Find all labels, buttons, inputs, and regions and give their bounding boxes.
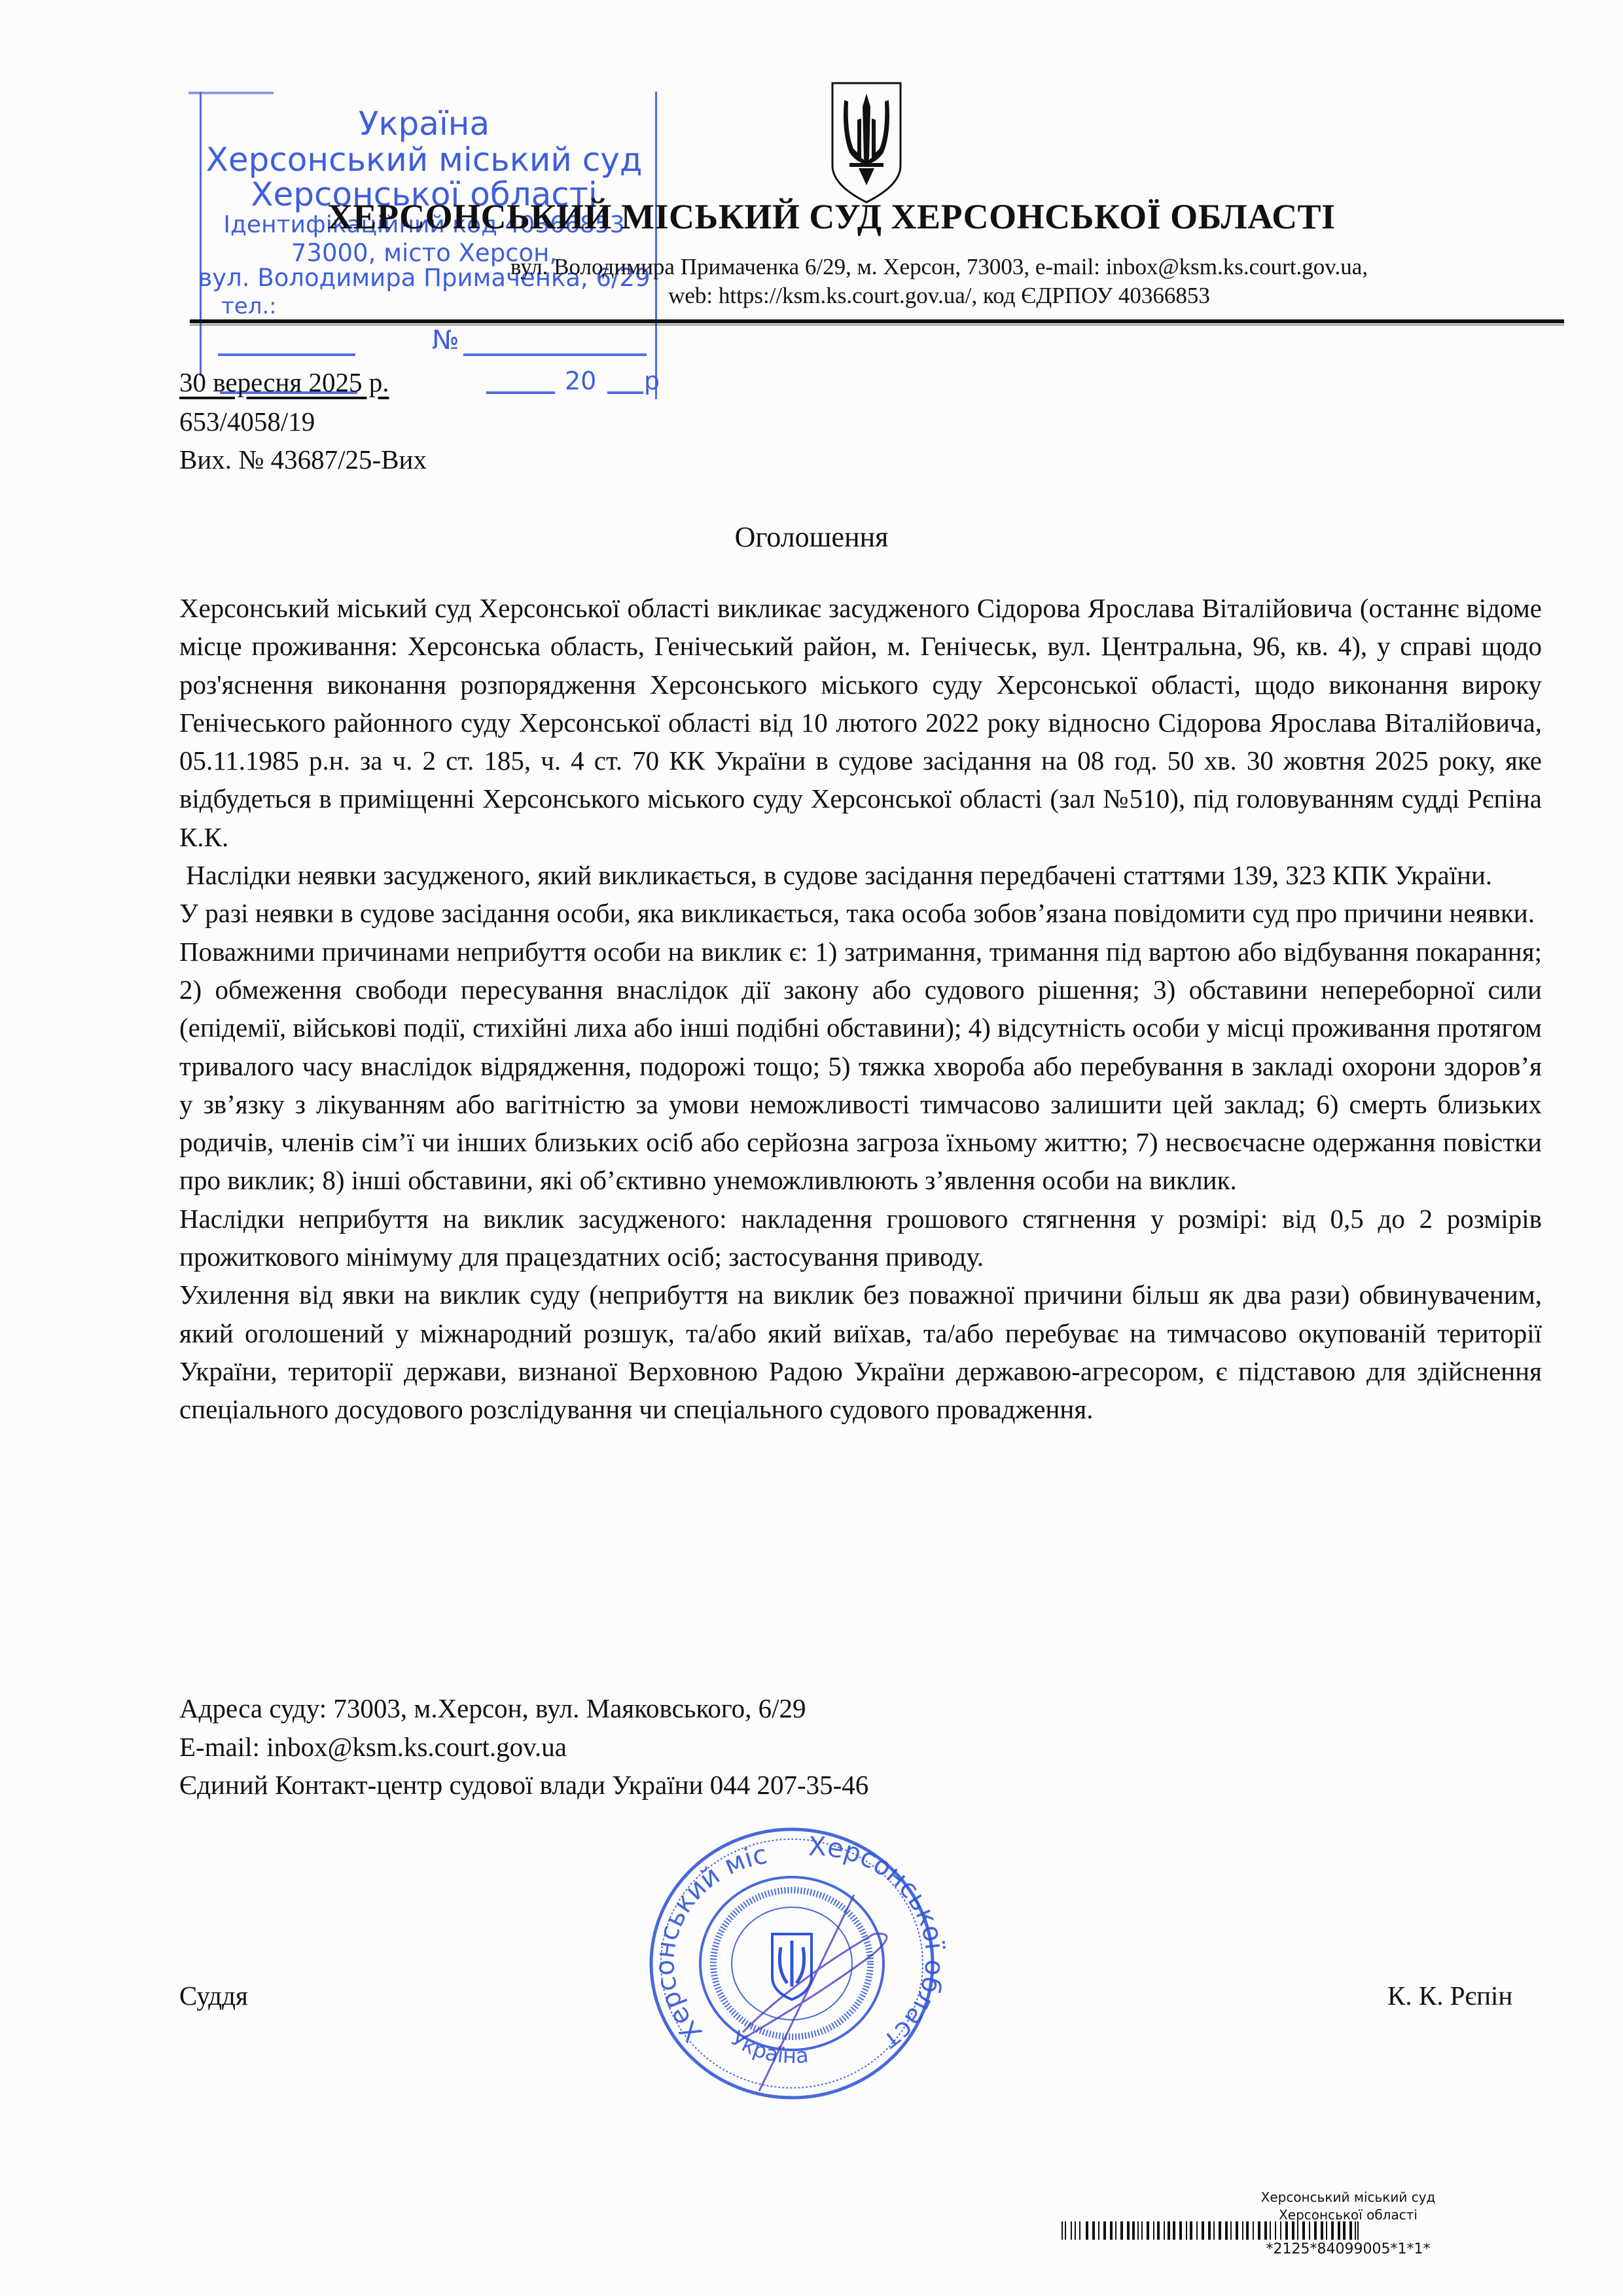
stamp-phone: тел.: bbox=[221, 293, 277, 319]
court-address: вул. Володимира Примаченка 6/29, м. Херс… bbox=[366, 254, 1512, 280]
court-web: web: https://ksm.ks.court.gov.ua/, код Є… bbox=[366, 283, 1512, 309]
svg-text:Херсонський міський суд: Херсонський міський суд bbox=[625, 1816, 770, 2048]
stamp-year-suffix: р bbox=[644, 367, 660, 395]
paragraph-evasion: Ухилення від явки на виклик суду (неприб… bbox=[179, 1276, 1542, 1428]
registration-stamp: Україна Херсонський міський суд Херсонсь… bbox=[188, 92, 660, 399]
stamp-number-sign: № bbox=[432, 325, 459, 355]
stamp-blank-line bbox=[463, 353, 647, 356]
stamp-court-name: Херсонський міський суд bbox=[188, 141, 660, 179]
svg-text:Україна: Україна bbox=[726, 2026, 810, 2068]
stamp-blank-line bbox=[218, 353, 355, 356]
seal-text-bottom: Україна bbox=[726, 2026, 810, 2068]
barcode-caption-court: Херсонський міський суд bbox=[1178, 2189, 1518, 2205]
header-divider bbox=[190, 319, 1564, 323]
stamp-blank-line bbox=[486, 391, 555, 394]
announcement-body: Херсонський міський суд Херсонської обла… bbox=[179, 589, 1542, 1429]
seal-text-left: Херсонський міський суд bbox=[625, 1816, 770, 2048]
paragraph-consequences: Наслідки неявки засудженого, який виклик… bbox=[179, 856, 1542, 894]
outgoing-number: Вих. № 43687/25-Вих bbox=[179, 444, 427, 475]
court-seal-icon: Херсонський міський суд Херсонської обла… bbox=[625, 1816, 959, 2111]
paragraph-valid-reasons: Поважними причинами неприбуття особи на … bbox=[179, 933, 1542, 1200]
barcode-icon bbox=[1061, 2221, 1359, 2240]
stamp-country: Україна bbox=[188, 105, 660, 143]
judge-label: Суддя bbox=[179, 1980, 248, 2011]
stamp-year-prefix: 20 bbox=[565, 367, 596, 395]
court-name-heading: ХЕРСОНСЬКИЙ МІСЬКИЙ СУД ХЕРСОНСЬКОЇ ОБЛА… bbox=[327, 196, 1440, 237]
contact-center-line: Єдиний Контакт-центр судової влади Украї… bbox=[179, 1769, 868, 1801]
judge-name: К. К. Рєпін bbox=[1387, 1980, 1512, 2011]
barcode-caption-region: Херсонської області bbox=[1178, 2207, 1518, 2223]
paragraph-notify-obligation: У разі неявки в судове засідання особи, … bbox=[179, 894, 1542, 932]
stamp-blank-line bbox=[607, 391, 643, 394]
paragraph-summons: Херсонський міський суд Херсонської обла… bbox=[179, 589, 1542, 856]
document-date: 30 вересня 2025 р. bbox=[179, 367, 389, 398]
court-email-line: E-mail: inbox@ksm.ks.court.gov.ua bbox=[179, 1731, 567, 1763]
trident-icon bbox=[830, 81, 903, 205]
court-address-line: Адреса суду: 73003, м.Херсон, вул. Маяко… bbox=[179, 1693, 806, 1724]
header-divider bbox=[190, 325, 1564, 325]
document-title: Оголошення bbox=[0, 520, 1623, 554]
barcode-number: *2125*84099005*1*1* bbox=[1178, 2241, 1518, 2257]
paragraph-penalty: Наслідки неприбуття на виклик засудженог… bbox=[179, 1200, 1542, 1276]
case-number: 653/4058/19 bbox=[179, 406, 315, 437]
